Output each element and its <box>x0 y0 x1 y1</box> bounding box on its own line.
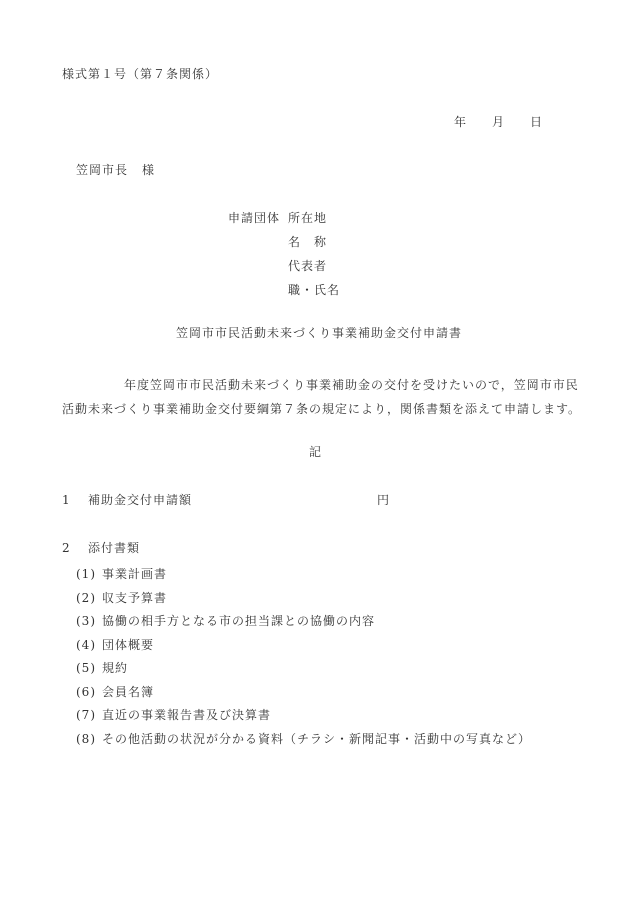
list-item: (1)事業計画書 <box>76 563 531 587</box>
list-number: (8) <box>76 728 102 752</box>
list-number: (2) <box>76 587 102 611</box>
item-label: 添付書類 <box>88 541 140 555</box>
body-paragraph: 年度笠岡市市民活動未来づくり事業補助金の交付を受けたいので，笠岡市市民活動未来づ… <box>62 373 582 421</box>
list-number: (5) <box>76 657 102 681</box>
list-number: (1) <box>76 563 102 587</box>
list-item: (6)会員名簿 <box>76 681 531 705</box>
date-day-label: 日 <box>530 114 543 130</box>
addressee-honorific: 様 <box>142 163 155 177</box>
list-label: 直近の事業報告書及び決算書 <box>102 708 271 722</box>
list-number: (7) <box>76 704 102 728</box>
ki-heading: 記 <box>309 444 322 460</box>
applicant-field-title-name: 職・氏名 <box>288 282 340 306</box>
body-text: 年度笠岡市市民活動未来づくり事業補助金の交付を受けたいので，笠岡市市民活動未来づ… <box>62 378 581 416</box>
list-label: 協働の相手方となる市の担当課との協働の内容 <box>102 614 375 628</box>
applicant-field-name: 名 称 <box>288 234 340 258</box>
attachment-list: (1)事業計画書 (2)収支予算書 (3)協働の相手方となる市の担当課との協働の… <box>76 563 531 751</box>
yen-unit: 円 <box>377 492 390 508</box>
applicant-field-address: 所在地 <box>288 210 340 234</box>
list-item: (4)団体概要 <box>76 634 531 658</box>
item-attachments: 2添付書類 <box>62 540 140 556</box>
addressee-name: 笠岡市長 <box>76 163 128 177</box>
form-number: 様式第１号（第７条関係） <box>62 66 218 82</box>
list-number: (3) <box>76 610 102 634</box>
list-label: 事業計画書 <box>102 567 167 581</box>
item-number: 2 <box>62 540 88 556</box>
applicant-label: 申請団体 <box>228 210 280 226</box>
list-item: (5)規約 <box>76 657 531 681</box>
item-subsidy-amount: 1補助金交付申請額 <box>62 492 192 508</box>
date-month-label: 月 <box>492 114 505 130</box>
list-item: (7)直近の事業報告書及び決算書 <box>76 704 531 728</box>
list-label: 収支予算書 <box>102 591 167 605</box>
item-number: 1 <box>62 492 88 508</box>
list-item: (8)その他活動の状況が分かる資料（チラシ・新聞記事・活動中の写真など） <box>76 728 531 752</box>
date-year-label: 年 <box>454 114 467 130</box>
list-item: (3)協働の相手方となる市の担当課との協働の内容 <box>76 610 531 634</box>
list-number: (4) <box>76 634 102 658</box>
list-label: 団体概要 <box>102 638 154 652</box>
list-label: 会員名簿 <box>102 685 154 699</box>
list-item: (2)収支予算書 <box>76 587 531 611</box>
list-label: 規約 <box>102 661 128 675</box>
list-number: (6) <box>76 681 102 705</box>
applicant-field-representative: 代表者 <box>288 258 340 282</box>
item-label: 補助金交付申請額 <box>88 493 192 507</box>
applicant-fields: 所在地 名 称 代表者 職・氏名 <box>288 210 340 306</box>
document-title: 笠岡市市民活動未来づくり事業補助金交付申請書 <box>176 325 462 341</box>
list-label: その他活動の状況が分かる資料（チラシ・新聞記事・活動中の写真など） <box>102 732 531 746</box>
addressee: 笠岡市長様 <box>76 162 155 178</box>
